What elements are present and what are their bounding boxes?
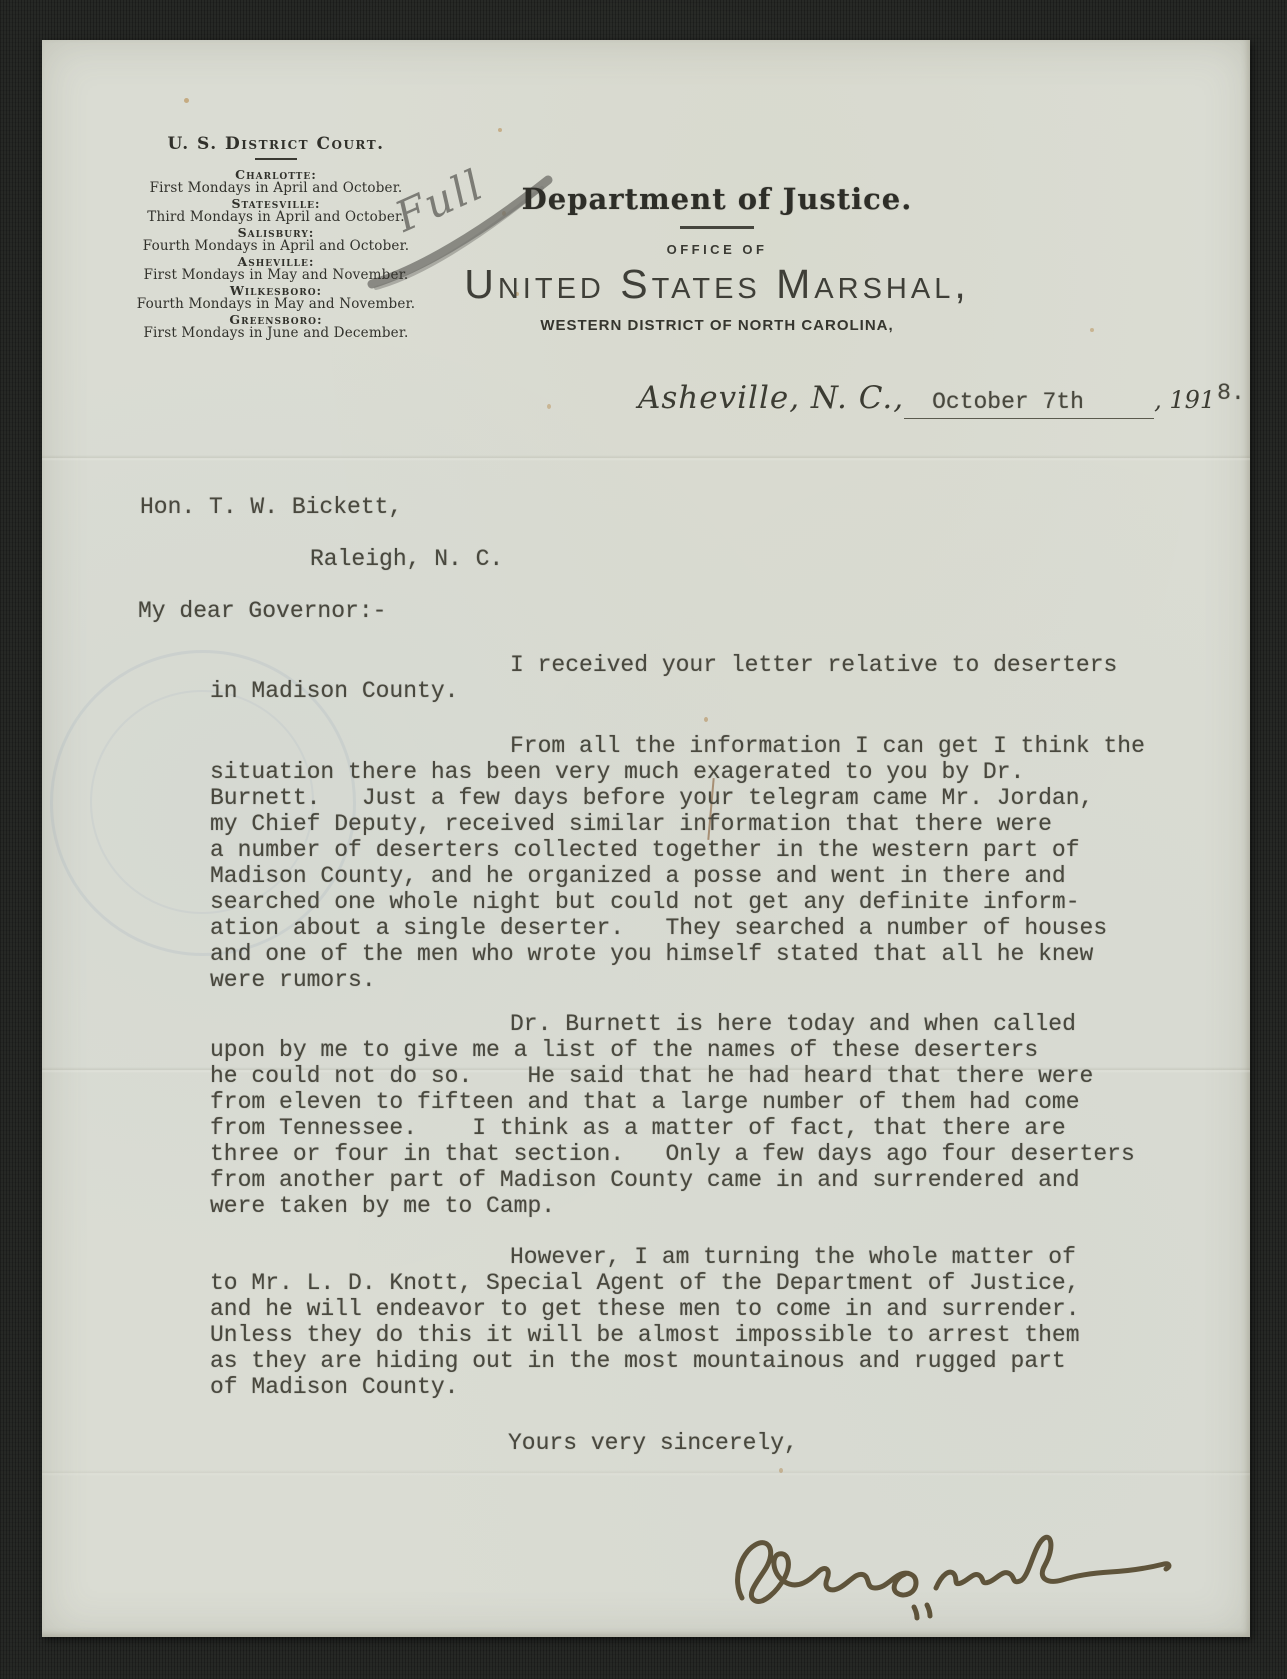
- court-schedule: Fourth Mondays in May and November.: [118, 297, 434, 312]
- typed-line: Burnett. Just a few days before your tel…: [210, 785, 1200, 811]
- typed-date: October 7th: [932, 389, 1084, 415]
- body-paragraph-4: However, I am turning the whole matter o…: [210, 1244, 1200, 1400]
- court-schedule: First Mondays in June and December.: [118, 326, 434, 341]
- court-schedule: Fourth Mondays in April and October.: [118, 239, 434, 254]
- salutation: My dear Governor:-: [138, 598, 386, 624]
- court-session: Statesville: Third Mondays in April and …: [118, 197, 434, 225]
- typed-line: situation there has been very much exage…: [210, 759, 1200, 785]
- typed-line: a number of deserters collected together…: [210, 837, 1200, 863]
- court-schedule: First Mondays in May and November.: [118, 268, 434, 283]
- typed-line: were taken by me to Camp.: [210, 1193, 1200, 1219]
- fold-crease: [42, 455, 1250, 461]
- department-title: Department of Justice.: [417, 182, 1017, 216]
- typed-line: from another part of Madison County came…: [210, 1167, 1200, 1193]
- typed-line: he could not do so. He said that he had …: [210, 1063, 1200, 1089]
- foxing-speck: [184, 98, 189, 103]
- letterhead-center: Department of Justice. OFFICE OF United …: [417, 182, 1017, 334]
- dateline-place: Asheville, N. C.,: [638, 380, 904, 416]
- typed-line: as they are hiding out in the most mount…: [210, 1348, 1200, 1374]
- typed-line: upon by me to give me a list of the name…: [210, 1037, 1200, 1063]
- foxing-speck: [547, 404, 551, 409]
- office-title: United States Marshal,: [417, 261, 1017, 308]
- typed-line: of Madison County.: [210, 1374, 1200, 1400]
- typed-line: and one of the men who wrote you himself…: [210, 941, 1200, 967]
- recipient-city: Raleigh, N. C.: [310, 546, 503, 572]
- typed-line: were rumors.: [210, 967, 1200, 993]
- typed-line: Unless they do this it will be almost im…: [210, 1322, 1200, 1348]
- typed-line: Madison County, and he organized a posse…: [210, 863, 1200, 889]
- court-schedule: Third Mondays in April and October.: [118, 210, 434, 225]
- typed-line: and he will endeavor to get these men to…: [210, 1296, 1200, 1322]
- typed-line: However, I am turning the whole matter o…: [210, 1244, 1200, 1270]
- typed-line: three or four in that section. Only a fe…: [210, 1141, 1200, 1167]
- signature-scrawl: [728, 1514, 1178, 1636]
- typed-line: my Chief Deputy, received similar inform…: [210, 811, 1200, 837]
- recipient-name: Hon. T. W. Bickett,: [140, 494, 402, 520]
- district-label: WESTERN DISTRICT OF NORTH CAROLINA,: [417, 317, 1017, 334]
- court-session-list: Charlotte: First Mondays in April and Oc…: [118, 168, 434, 341]
- closing-line: Yours very sincerely,: [508, 1430, 798, 1456]
- typed-line: ation about a single deserter. They sear…: [210, 915, 1200, 941]
- court-session: Greensboro: First Mondays in June and De…: [118, 313, 434, 341]
- divider-rule: [680, 226, 754, 229]
- court-title: U. S. District Court.: [118, 134, 434, 154]
- letter-document: Full U. S. District Court. Charlotte: Fi…: [42, 40, 1250, 1637]
- office-of-label: OFFICE OF: [417, 242, 1017, 257]
- foxing-speck: [1090, 328, 1094, 332]
- court-session: Charlotte: First Mondays in April and Oc…: [118, 168, 434, 196]
- year-prefix: , 191: [1154, 386, 1215, 414]
- typed-line: to Mr. L. D. Knott, Special Agent of the…: [210, 1270, 1200, 1296]
- typed-line: from Tennessee. I think as a matter of f…: [210, 1115, 1200, 1141]
- date-blank-line: October 7th: [904, 389, 1154, 419]
- typed-line: searched one whole night but could not g…: [210, 889, 1200, 915]
- typed-line: in Madison County.: [210, 678, 1200, 704]
- body-paragraph-3: Dr. Burnett is here today and when calle…: [210, 1011, 1200, 1219]
- court-session: Salisbury: Fourth Mondays in April and O…: [118, 226, 434, 254]
- dateline: Asheville, N. C., October 7th , 191 8.: [638, 380, 1243, 419]
- fold-crease: [42, 1470, 1250, 1476]
- typed-line: from eleven to fifteen and that a large …: [210, 1089, 1200, 1115]
- body-paragraph-2: From all the information I can get I thi…: [210, 733, 1200, 993]
- body-paragraph-1: I received your letter relative to deser…: [210, 652, 1200, 704]
- typed-line: I received your letter relative to deser…: [210, 652, 1200, 678]
- court-schedule: First Mondays in April and October.: [118, 181, 434, 196]
- typed-year-digit: 8.: [1217, 380, 1245, 406]
- court-schedule-block: U. S. District Court. Charlotte: First M…: [118, 134, 434, 342]
- foxing-speck: [779, 1468, 783, 1473]
- typed-line: From all the information I can get I thi…: [210, 733, 1200, 759]
- typed-line: Dr. Burnett is here today and when calle…: [210, 1011, 1200, 1037]
- foxing-speck: [704, 717, 708, 722]
- divider-rule: [255, 158, 297, 160]
- court-session: Asheville: First Mondays in May and Nove…: [118, 255, 434, 283]
- court-session: Wilkesboro: Fourth Mondays in May and No…: [118, 284, 434, 312]
